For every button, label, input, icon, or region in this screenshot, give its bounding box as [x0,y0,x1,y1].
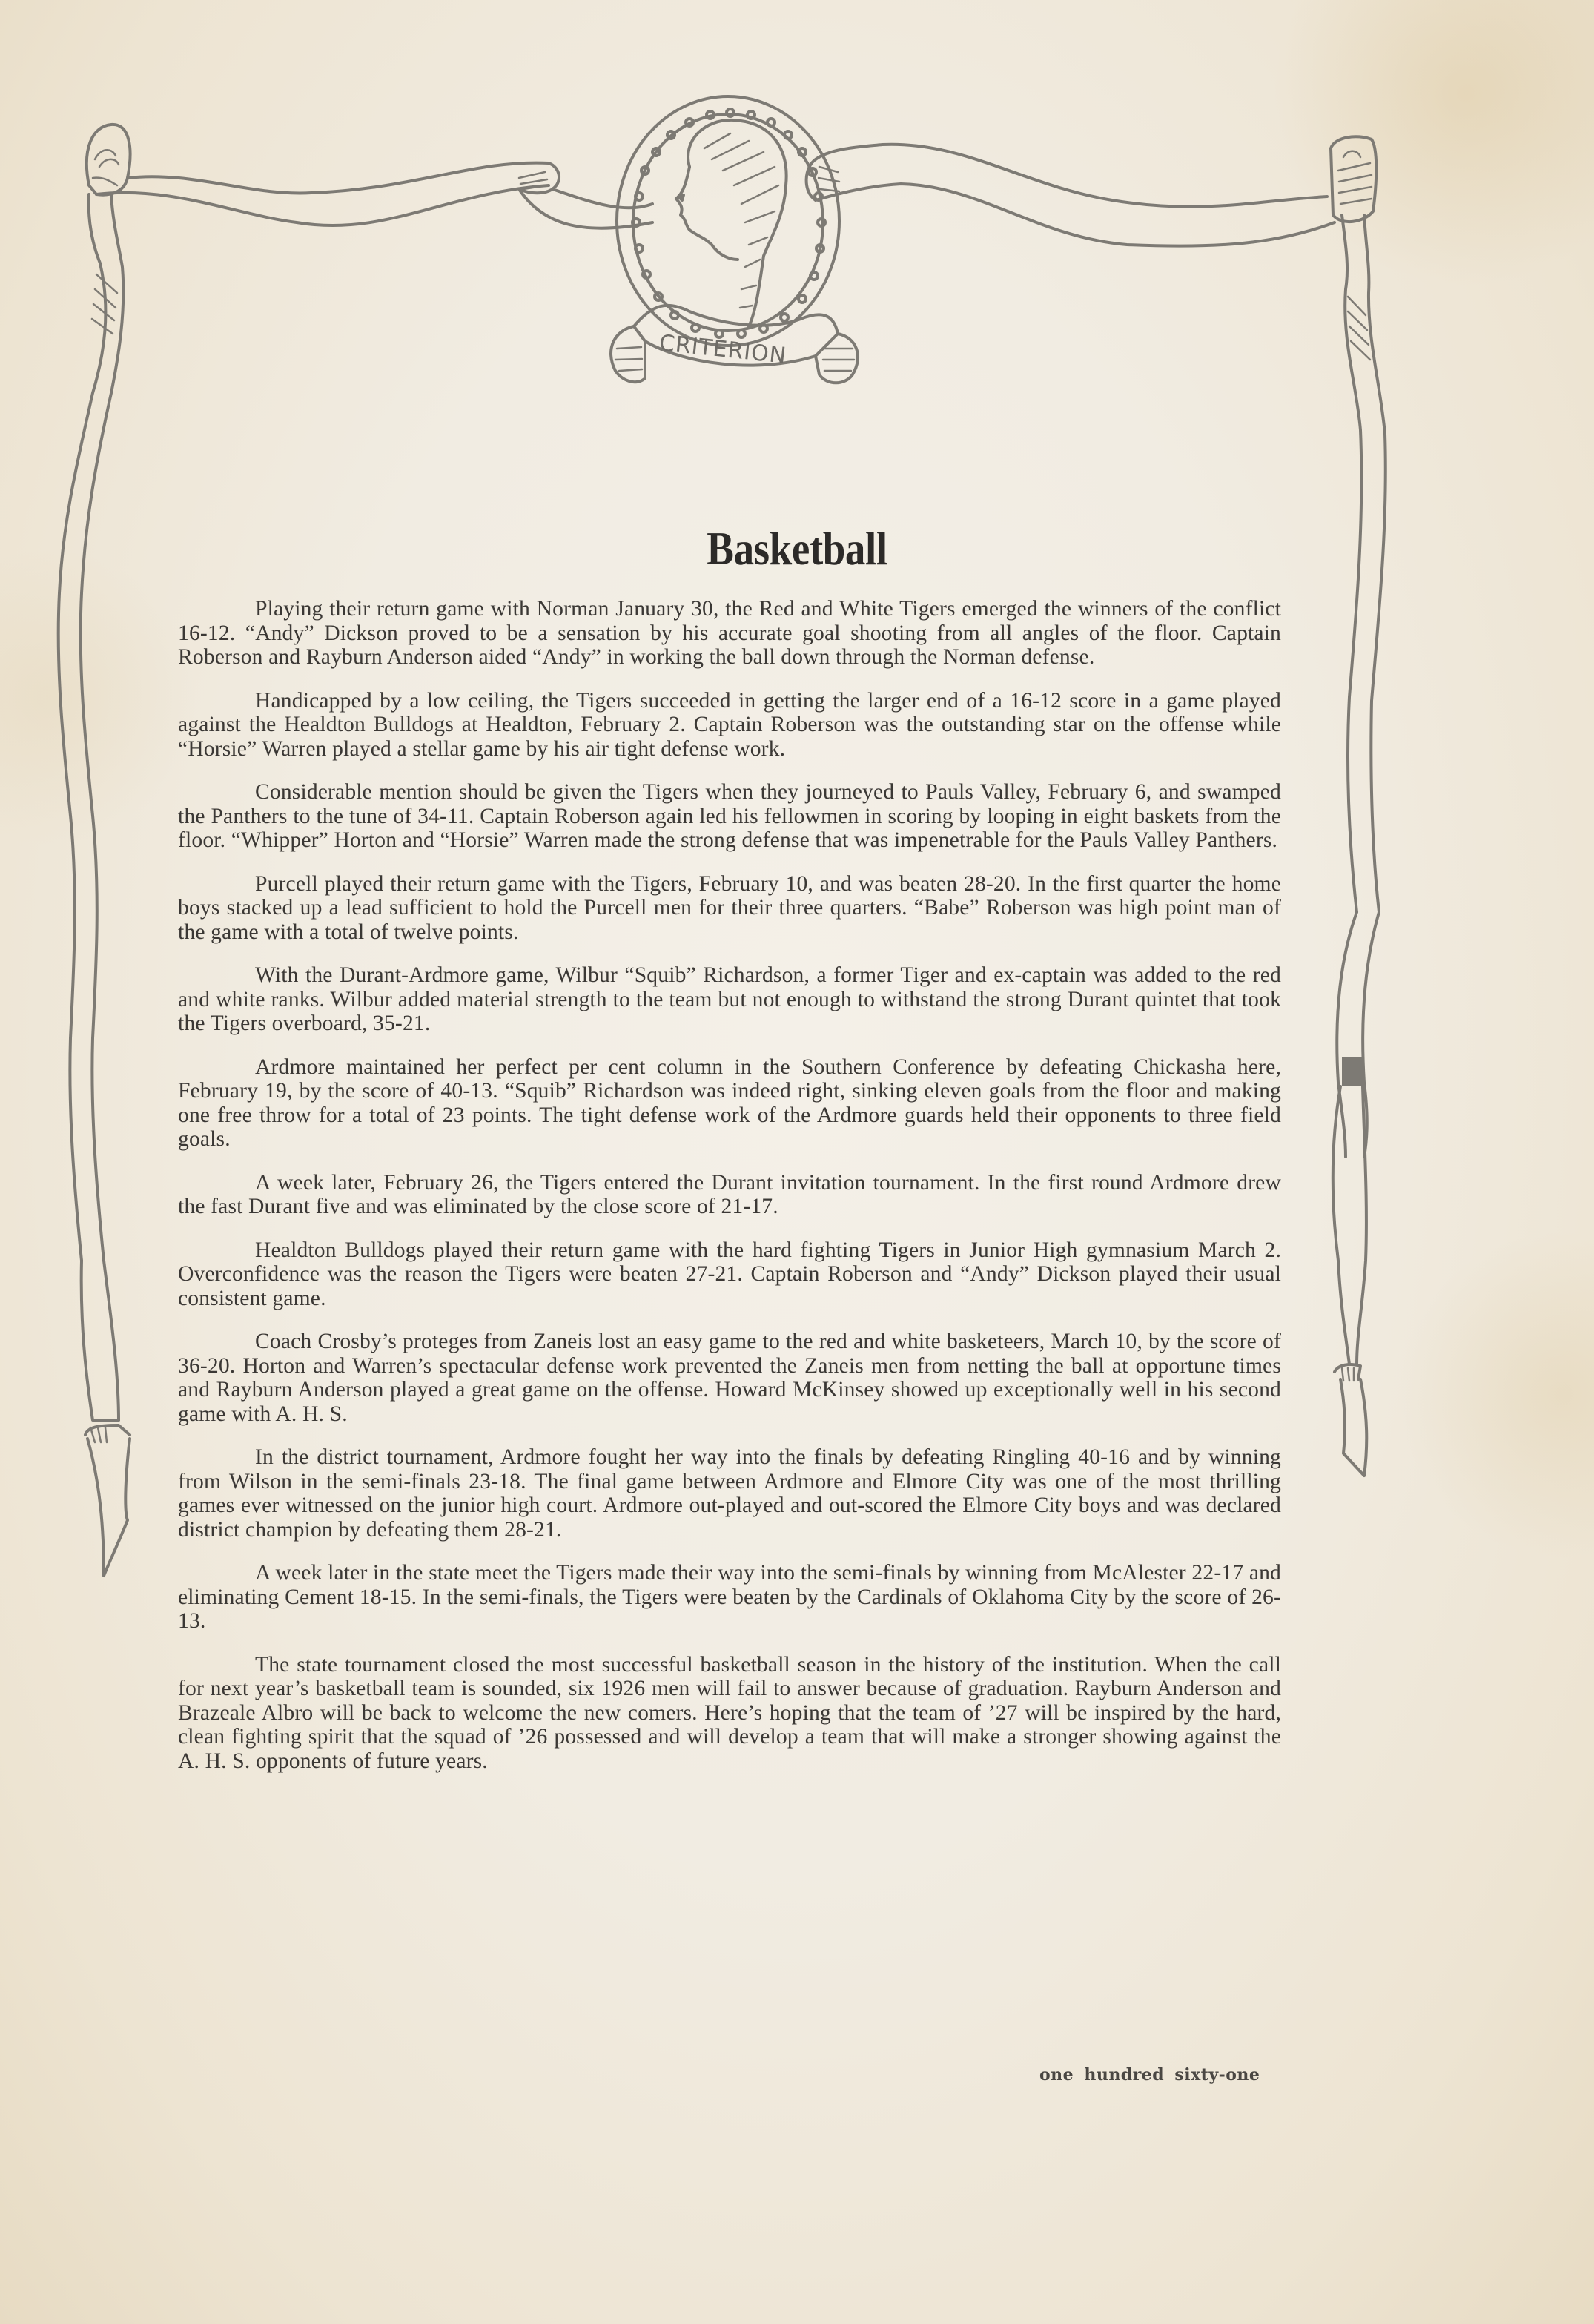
paragraph-healdton-game: Handicapped by a low ceiling, the Tigers… [178,689,1281,762]
paragraph-healdton-return-game: Healdton Bulldogs played their return ga… [178,1238,1281,1311]
page-title: Basketball [112,521,1483,576]
article-body: Playing their return game with Norman Ja… [178,597,1281,1792]
paragraph-pauls-valley-game: Considerable mention should be given the… [178,780,1281,853]
paragraph-district-tournament: In the district tournament, Ardmore foug… [178,1445,1281,1542]
paragraph-season-summary: The state tournament closed the most suc… [178,1653,1281,1774]
paragraph-durant-game: With the Durant-Ardmore game, Wilbur “Sq… [178,963,1281,1036]
paragraph-norman-game: Playing their return game with Norman Ja… [178,597,1281,670]
paragraph-chickasha-game: Ardmore maintained her perfect per cent … [178,1055,1281,1152]
paragraph-state-meet: A week later in the state meet the Tiger… [178,1561,1281,1634]
paragraph-durant-tournament: A week later, February 26, the Tigers en… [178,1171,1281,1219]
page-number: one hundred sixty-one [1039,2065,1260,2084]
paragraph-purcell-game: Purcell played their return game with th… [178,872,1281,945]
paragraph-zaneis-game: Coach Crosby’s proteges from Zaneis lost… [178,1330,1281,1426]
